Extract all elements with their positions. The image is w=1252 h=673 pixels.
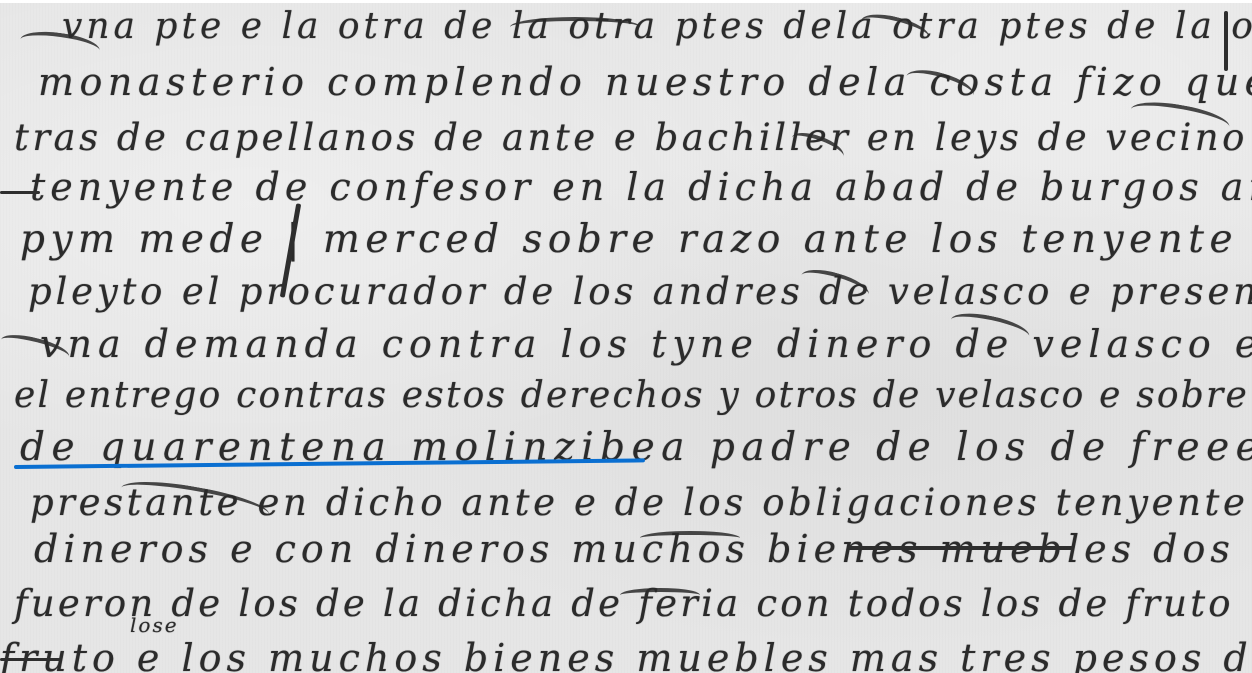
strikethrough-mark bbox=[848, 546, 1073, 550]
manuscript-page: vna pte e la otra de la otra ptes dela o… bbox=[0, 3, 1252, 673]
manuscript-line-6: pleyto el procurador de los andres de ve… bbox=[28, 273, 1252, 310]
manuscript-line-3: tras de capellanos de ante e bachiller e… bbox=[14, 119, 1252, 156]
ink-horizontal-stroke bbox=[0, 191, 40, 194]
manuscript-line-1: vna pte e la otra de la otra ptes dela o… bbox=[62, 9, 1252, 45]
manuscript-line-5: pym mede | merced sobre razo ante los te… bbox=[20, 220, 1252, 259]
manuscript-line-2: monasterio complendo nuestro dela costa … bbox=[38, 63, 1252, 101]
ink-flourish bbox=[640, 531, 740, 545]
manuscript-line-7: vna demanda contra los tyne dinero de ve… bbox=[40, 325, 1252, 363]
manuscript-line-4: tenyente de confesor en la dicha abad de… bbox=[30, 168, 1252, 206]
ink-flourish bbox=[620, 588, 700, 602]
ink-flourish bbox=[510, 17, 640, 37]
manuscript-line-8: el entrego contras estos derechos y otro… bbox=[14, 378, 1252, 414]
ink-horizontal-stroke bbox=[0, 658, 60, 661]
interlinear-note: lose bbox=[130, 615, 179, 635]
manuscript-line-13: fruto e los muchos bienes muebles mas tr… bbox=[0, 639, 1252, 673]
manuscript-line-12: fueron de los de la dicha de feria con t… bbox=[14, 585, 1234, 622]
ink-vertical-stroke bbox=[1224, 11, 1228, 71]
